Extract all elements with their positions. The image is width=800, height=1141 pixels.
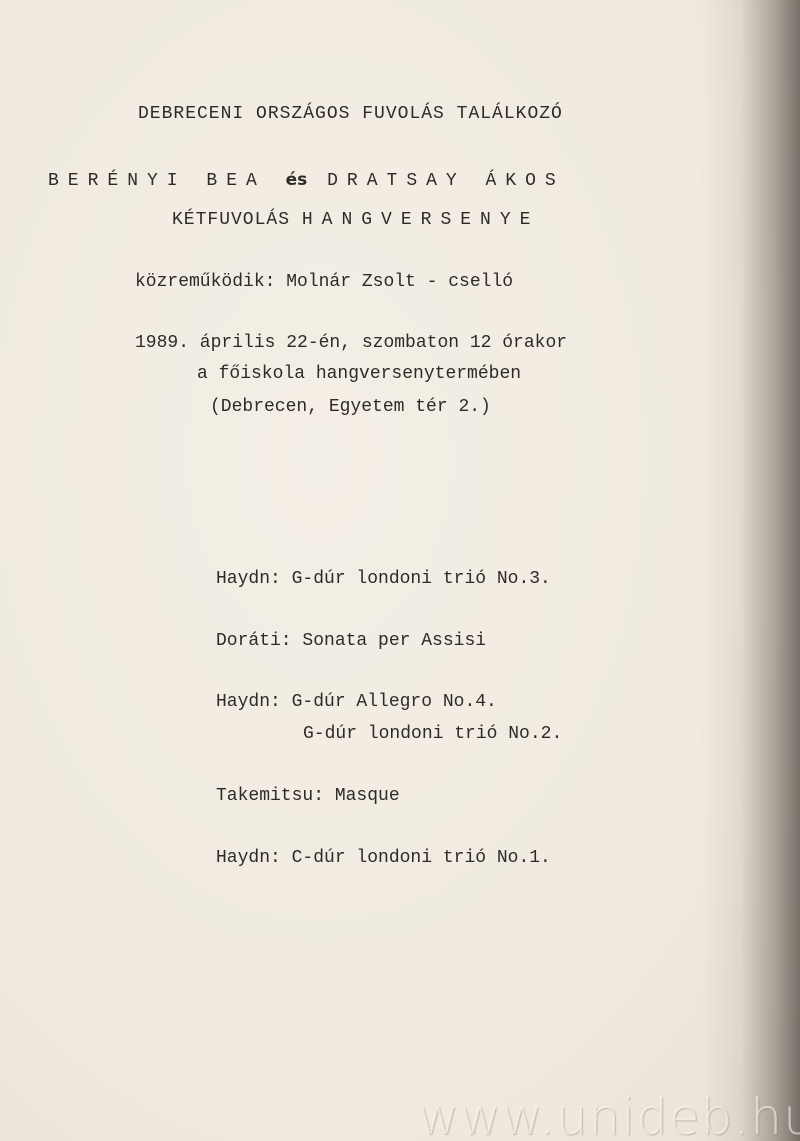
- program-item: Haydn: G-dúr londoni trió No.3.: [216, 569, 551, 589]
- date-time: 1989. április 22-én, szombaton 12 órakor: [135, 333, 567, 353]
- program-item: Takemitsu: Masque: [216, 786, 400, 806]
- watermark: www.unideb.hu: [418, 1088, 800, 1141]
- concert-type: KÉTFUVOLÁS HANGVERSENYE: [172, 210, 539, 230]
- concert-type-1: KÉTFUVOLÁS: [172, 210, 290, 230]
- performer-1: BERÉNYI BEA: [48, 171, 266, 191]
- performer-2: DRATSAY ÁKOS: [327, 171, 565, 191]
- performers-conjunction: és: [286, 170, 308, 190]
- event-title: DEBRECENI ORSZÁGOS FUVOLÁS TALÁLKOZÓ: [138, 104, 563, 124]
- venue: a főiskola hangversenytermében: [197, 364, 521, 384]
- program-item: G-dúr londoni trió No.2.: [303, 724, 562, 744]
- program-item: Haydn: G-dúr Allegro No.4.: [216, 692, 497, 712]
- program-item: Doráti: Sonata per Assisi: [216, 631, 486, 651]
- program-item: Haydn: C-dúr londoni trió No.1.: [216, 848, 551, 868]
- performers-line: BERÉNYI BEA és DRATSAY ÁKOS: [48, 170, 565, 191]
- address: (Debrecen, Egyetem tér 2.): [210, 397, 491, 417]
- guest-performer: közreműködik: Molnár Zsolt - cselló: [135, 272, 513, 292]
- concert-type-2: HANGVERSENYE: [302, 210, 540, 230]
- document-page: DEBRECENI ORSZÁGOS FUVOLÁS TALÁLKOZÓ BER…: [0, 0, 800, 1141]
